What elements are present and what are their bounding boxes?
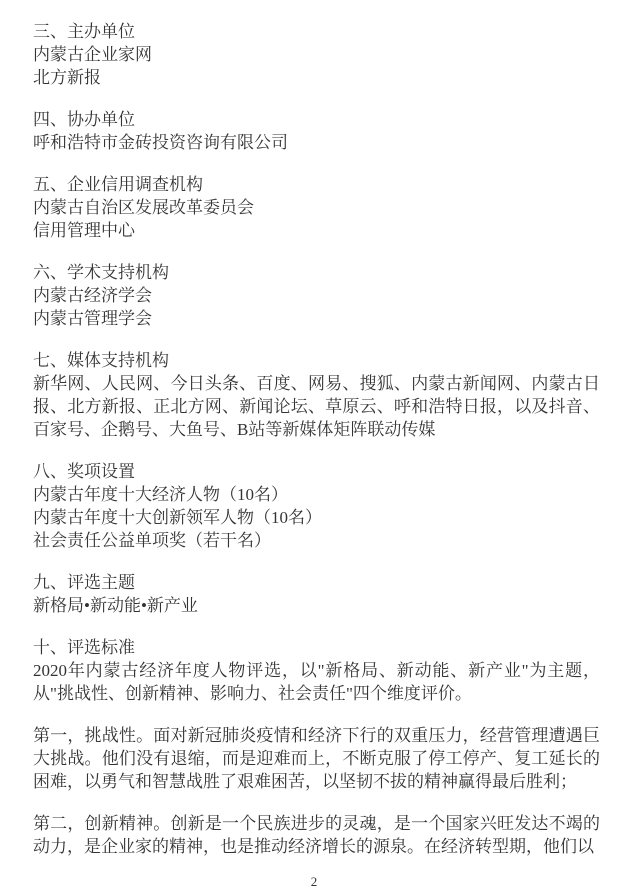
section-heading: 八、奖项设置 (33, 460, 600, 483)
section-line: 内蒙古年度十大经济人物（10名） (33, 483, 600, 506)
page-footer: 2 (0, 874, 628, 890)
section-line: 信用管理中心 (33, 219, 600, 242)
section-line: 内蒙古年度十大创新领军人物（10名） (33, 506, 600, 529)
page-number: 2 (311, 874, 318, 889)
section-line: 新格局•新动能•新产业 (33, 594, 600, 617)
criteria-paragraph-innovation: 第二，创新精神。创新是一个民族进步的灵魂，是一个国家兴旺发达不竭的动力，是企业家… (33, 812, 600, 858)
section-heading: 五、企业信用调查机构 (33, 173, 600, 196)
section-academic-support: 六、学术支持机构 内蒙古经济学会 内蒙古管理学会 (33, 261, 600, 330)
section-organizers: 三、主办单位 内蒙古企业家网 北方新报 (33, 20, 600, 89)
section-line: 社会责任公益单项奖（若干名） (33, 529, 600, 552)
section-line: 内蒙古经济学会 (33, 284, 600, 307)
body-paragraph: 第二，创新精神。创新是一个民族进步的灵魂，是一个国家兴旺发达不竭的动力，是企业家… (33, 812, 600, 858)
section-heading: 三、主办单位 (33, 20, 600, 43)
section-paragraph: 2020年内蒙古经济年度人物评选，以"新格局、新动能、新产业"为主题，从"挑战性… (33, 659, 600, 705)
section-heading: 七、媒体支持机构 (33, 349, 600, 372)
section-line: 北方新报 (33, 66, 600, 89)
section-heading: 十、评选标准 (33, 636, 600, 659)
section-criteria: 十、评选标准 2020年内蒙古经济年度人物评选，以"新格局、新动能、新产业"为主… (33, 636, 600, 705)
section-line: 内蒙古自治区发展改革委员会 (33, 196, 600, 219)
section-line: 内蒙古企业家网 (33, 43, 600, 66)
section-line: 内蒙古管理学会 (33, 307, 600, 330)
section-paragraph: 新华网、人民网、今日头条、百度、网易、搜狐、内蒙古新闻网、内蒙古日报、北方新报、… (33, 372, 600, 441)
section-credit-investigation: 五、企业信用调查机构 内蒙古自治区发展改革委员会 信用管理中心 (33, 173, 600, 242)
document-page: 三、主办单位 内蒙古企业家网 北方新报 四、协办单位 呼和浩特市金砖投资咨询有限… (0, 0, 628, 895)
section-media-support: 七、媒体支持机构 新华网、人民网、今日头条、百度、网易、搜狐、内蒙古新闻网、内蒙… (33, 349, 600, 441)
section-co-organizers: 四、协办单位 呼和浩特市金砖投资咨询有限公司 (33, 108, 600, 154)
section-heading: 四、协办单位 (33, 108, 600, 131)
section-awards: 八、奖项设置 内蒙古年度十大经济人物（10名） 内蒙古年度十大创新领军人物（10… (33, 460, 600, 552)
section-theme: 九、评选主题 新格局•新动能•新产业 (33, 571, 600, 617)
body-paragraph: 第一，挑战性。面对新冠肺炎疫情和经济下行的双重压力，经营管理遭遇巨大挑战。他们没… (33, 724, 600, 793)
section-heading: 六、学术支持机构 (33, 261, 600, 284)
criteria-paragraph-challenge: 第一，挑战性。面对新冠肺炎疫情和经济下行的双重压力，经营管理遭遇巨大挑战。他们没… (33, 724, 600, 793)
section-line: 呼和浩特市金砖投资咨询有限公司 (33, 131, 600, 154)
section-heading: 九、评选主题 (33, 571, 600, 594)
